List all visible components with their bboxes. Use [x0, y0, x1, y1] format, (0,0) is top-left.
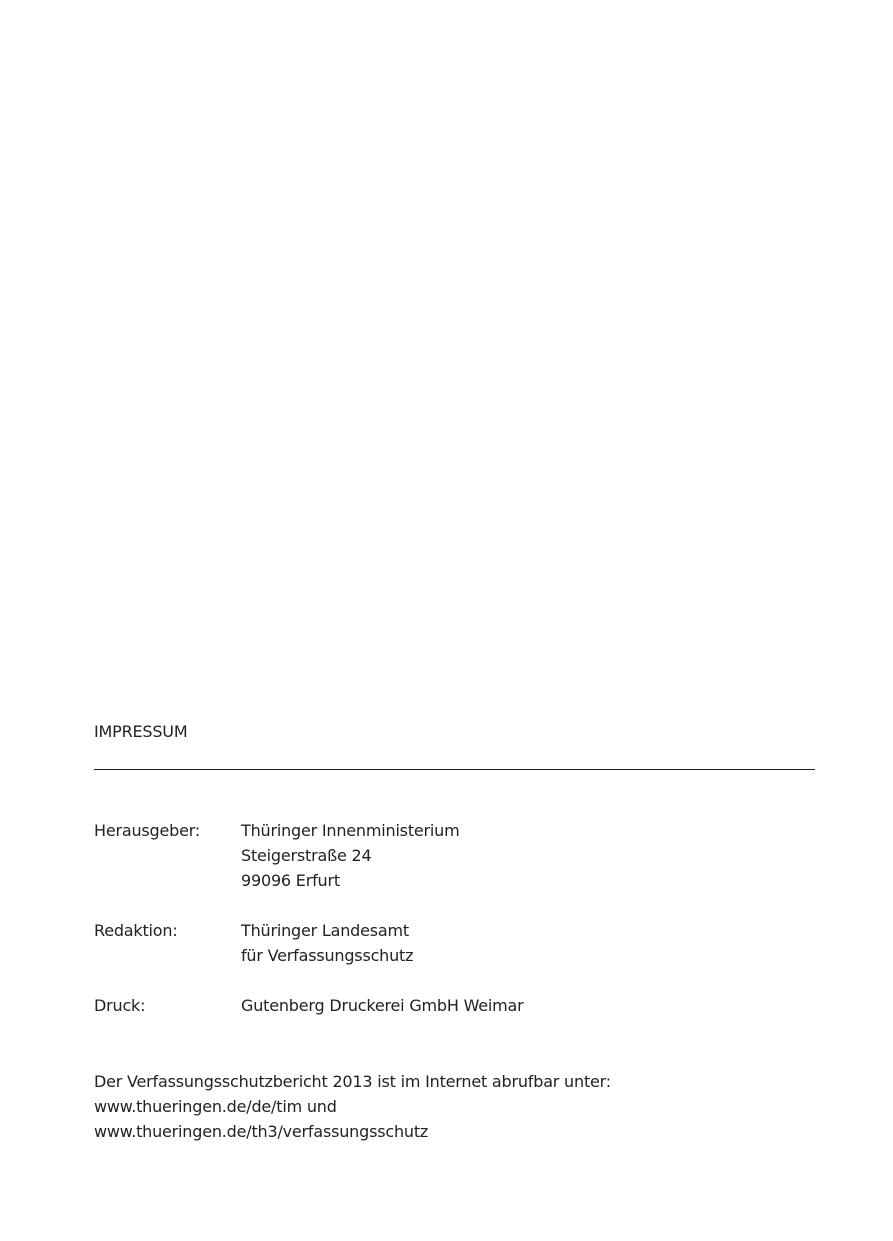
online-intro: Der Verfassungsschutzbericht 2013 ist im… — [94, 1069, 611, 1094]
link-tim[interactable]: www.thueringen.de/de/tim — [94, 1097, 302, 1116]
editorial-label: Redaktion: — [94, 918, 178, 943]
link-verfassungsschutz[interactable]: www.thueringen.de/th3/verfassungsschutz — [94, 1119, 611, 1144]
page-title: IMPRESSUM — [94, 719, 187, 744]
publisher-value: Thüringer Innenministerium Steigerstraße… — [241, 818, 460, 893]
editorial-line-1: Thüringer Landesamt — [241, 918, 413, 943]
online-availability: Der Verfassungsschutzbericht 2013 ist im… — [94, 1069, 611, 1144]
online-line-1: www.thueringen.de/de/tim und — [94, 1094, 611, 1119]
print-label: Druck: — [94, 993, 145, 1018]
printer-name: Gutenberg Druckerei GmbH Weimar — [241, 993, 524, 1018]
publisher-label: Herausgeber: — [94, 818, 200, 843]
link-conjunction: und — [302, 1097, 337, 1116]
publisher-name: Thüringer Innenministerium — [241, 818, 460, 843]
editorial-value: Thüringer Landesamt für Verfassungsschut… — [241, 918, 413, 968]
print-value: Gutenberg Druckerei GmbH Weimar — [241, 993, 524, 1018]
publisher-city: 99096 Erfurt — [241, 868, 460, 893]
editorial-line-2: für Verfassungsschutz — [241, 943, 413, 968]
divider — [94, 769, 815, 770]
publisher-street: Steigerstraße 24 — [241, 843, 460, 868]
